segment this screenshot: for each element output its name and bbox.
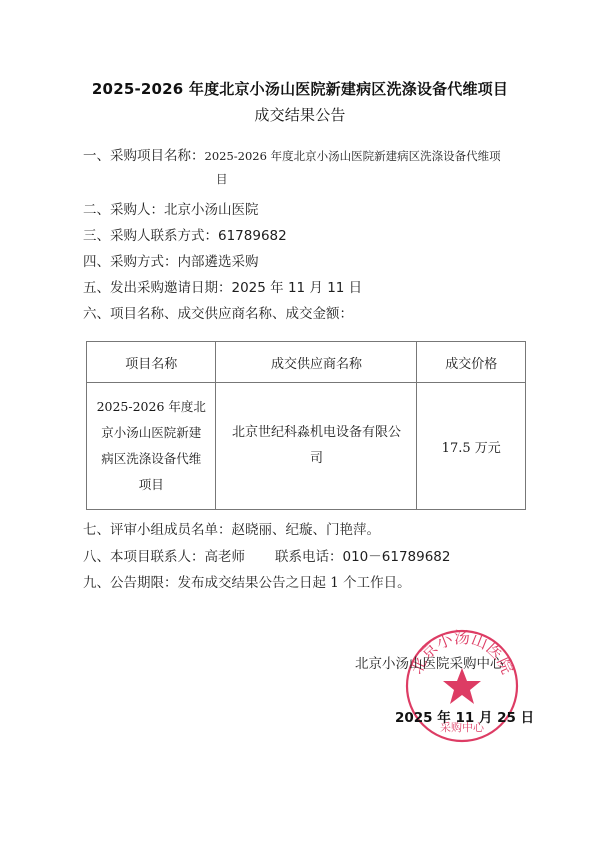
phone-label: 联系电话： [275,549,343,565]
cell-line: 司 [216,446,416,472]
item-label: 五、发出采购邀请日期： [83,280,232,296]
signature-date: 2025 年 11 月 25 日 [395,706,534,726]
table-row: 2025-2026 年度北 京小汤山医院新建 病区洗涤设备代维 项目 北京世纪科… [87,383,526,510]
item-value: 赵晓丽、纪璇、门艳萍。 [232,522,381,538]
item-value: 2025 年 11 月 11 日 [232,280,363,296]
item-purchase-method: 四、采购方式：内部遴选采购 [83,250,259,270]
result-table: 项目名称 成交供应商名称 成交价格 2025-2026 年度北 京小汤山医院新建… [86,341,526,510]
item-label: 一、采购项目名称： [83,148,205,164]
header-supplier-name: 成交供应商名称 [216,342,417,383]
item-purchaser: 二、采购人：北京小汤山医院 [83,198,259,218]
item-label: 二、采购人： [83,202,164,218]
item-label: 四、采购方式： [83,254,178,270]
phone-value: 010－61789682 [343,549,451,565]
cell-supplier-name: 北京世纪科淼机电设备有限公 司 [216,383,417,510]
item-value: 61789682 [218,228,287,244]
item-value: 2025-2026 年度北京小汤山医院新建病区洗涤设备代维项 [205,149,501,163]
item-value: 高老师 [205,549,246,565]
header-project-name: 项目名称 [87,342,216,383]
official-seal-icon: 北京小汤山医院 采购中心 [404,628,520,744]
item-label: 三、采购人联系方式： [83,228,218,244]
cell-line: 2025-2026 年度北 [87,394,215,420]
cell-project-name: 2025-2026 年度北 京小汤山医院新建 病区洗涤设备代维 项目 [87,383,216,510]
item-review-panel: 七、评审小组成员名单：赵晓丽、纪璇、门艳萍。 [83,518,380,538]
item-label: 六、项目名称、成交供应商名称、成交金额： [83,306,353,322]
item-value: 发布成交结果公告之日起 1 个工作日。 [178,575,411,591]
item-project-name-cont: 目 [216,171,228,187]
item-value: 内部遴选采购 [178,254,259,270]
item-purchaser-contact: 三、采购人联系方式：61789682 [83,224,287,244]
cell-line: 病区洗涤设备代维 [87,446,215,472]
cell-line: 京小汤山医院新建 [87,420,215,446]
document-subtitle: 成交结果公告 [0,104,600,125]
item-label: 七、评审小组成员名单： [83,522,232,538]
item-invitation-date: 五、发出采购邀请日期：2025 年 11 月 11 日 [83,276,362,296]
item-value: 北京小汤山医院 [164,202,259,218]
item-contact: 八、本项目联系人：高老师联系电话：010－61789682 [83,545,450,565]
header-price: 成交价格 [417,342,526,383]
signature-org: 北京小汤山医院采购中心 [355,652,504,672]
item-notice-period: 九、公告期限：发布成交结果公告之日起 1 个工作日。 [83,571,411,591]
item-project-name: 一、采购项目名称：2025-2026 年度北京小汤山医院新建病区洗涤设备代维项 [83,144,501,164]
item-label: 九、公告期限： [83,575,178,591]
cell-line: 项目 [87,472,215,498]
cell-price: 17.5 万元 [417,383,526,510]
item-table-intro: 六、项目名称、成交供应商名称、成交金额： [83,302,353,322]
document-title: 2025-2026 年度北京小汤山医院新建病区洗涤设备代维项目 [0,78,600,99]
table-header-row: 项目名称 成交供应商名称 成交价格 [87,342,526,383]
item-label: 八、本项目联系人： [83,549,205,565]
cell-line: 北京世纪科淼机电设备有限公 [216,420,416,446]
